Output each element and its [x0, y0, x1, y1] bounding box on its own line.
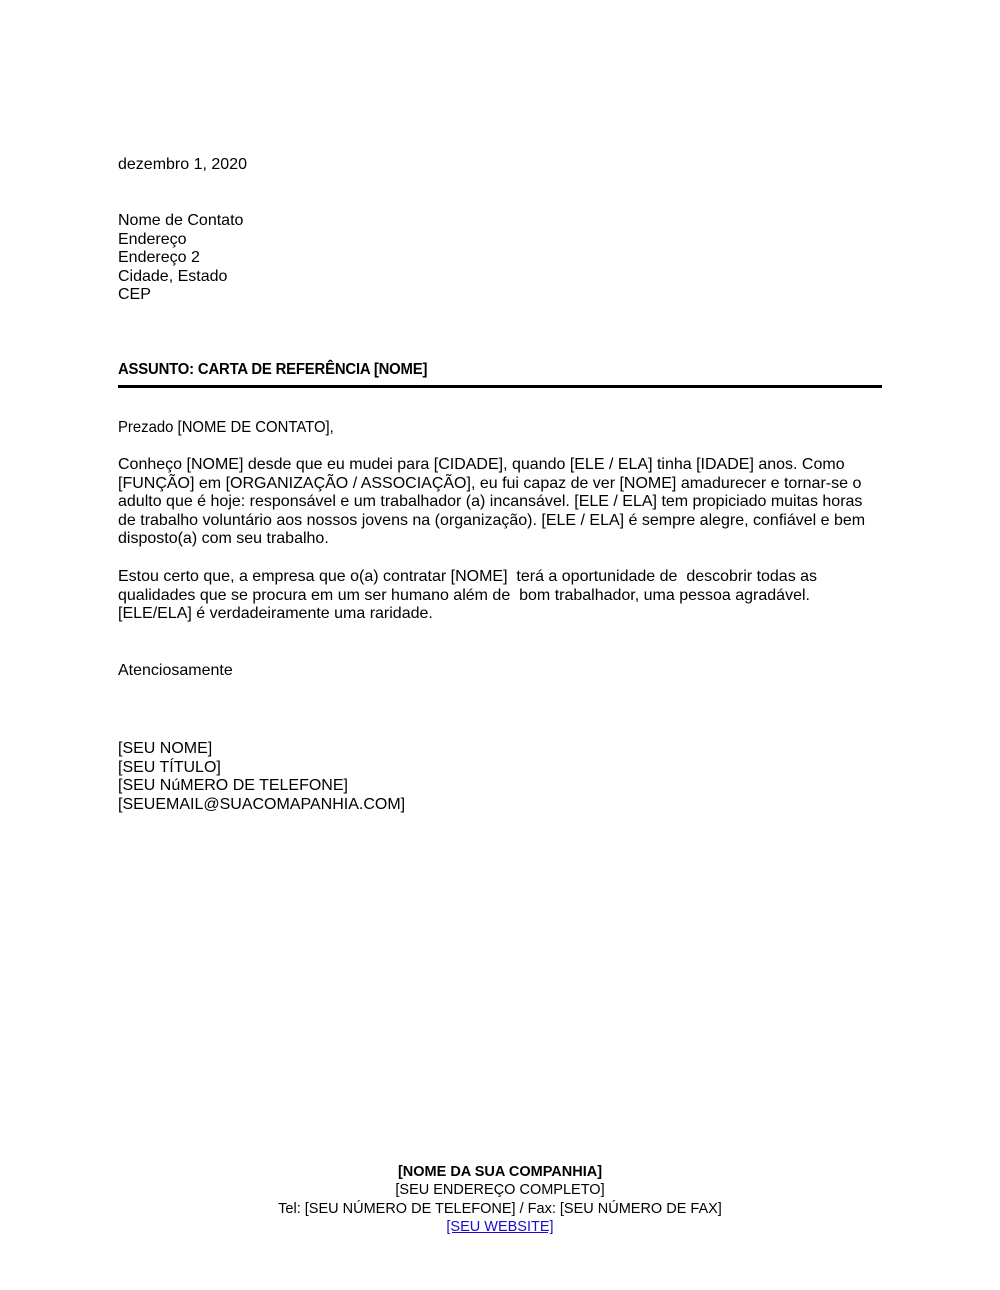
signature-email: [SEUEMAIL@SUACOMAPANHIA.COM] [118, 796, 882, 815]
recipient-name: Nome de Contato [118, 212, 882, 231]
recipient-city-state: Cidade, Estado [118, 268, 882, 287]
paragraph-line: Conheço [NOME] desde que eu mudei para [… [118, 456, 882, 475]
footer-company-name: [NOME DA SUA COMPANHIA] [0, 1163, 1000, 1181]
signature-name: [SEU NOME] [118, 740, 882, 759]
date-text: dezembro 1, 2020 [118, 156, 882, 175]
recipient-address-line-1: Endereço [118, 231, 882, 250]
paragraph-line: Estou certo que, a empresa que o(a) cont… [118, 568, 882, 587]
signature-phone: [SEU NúMERO DE TELEFONE] [118, 777, 882, 796]
recipient-address: Nome de Contato Endereço Endereço 2 Cida… [118, 212, 882, 305]
recipient-zip: CEP [118, 286, 882, 305]
letter-date: dezembro 1, 2020 [118, 156, 882, 175]
subject-line: ASSUNTO: CARTA DE REFERÊNCIA [NOME] [118, 361, 829, 380]
paragraph-line: disposto(a) com seu trabalho. [118, 530, 882, 549]
recipient-address-line-2: Endereço 2 [118, 249, 882, 268]
body-paragraph-1: Conheço [NOME] desde que eu mudei para [… [118, 456, 882, 549]
letter-page: dezembro 1, 2020 Nome de Contato Endereç… [0, 0, 1000, 1290]
closing: Atenciosamente [118, 662, 882, 681]
signature-title: [SEU TÍTULO] [118, 759, 882, 778]
footer-website-link[interactable]: [SEU WEBSITE] [446, 1219, 553, 1235]
paragraph-line: de trabalho voluntário aos nossos jovens… [118, 512, 882, 531]
paragraph-line: adulto que é hoje: responsável e um trab… [118, 493, 882, 512]
footer-contact: Tel: [SEU NÚMERO DE TELEFONE] / Fax: [SE… [0, 1200, 1000, 1218]
signature-block: [SEU NOME] [SEU TÍTULO] [SEU NúMERO DE T… [118, 740, 882, 814]
body-paragraph-2: Estou certo que, a empresa que o(a) cont… [118, 568, 882, 624]
paragraph-line: [ELE/ELA] é verdadeiramente uma raridade… [118, 605, 882, 624]
paragraph-line: qualidades que se procura em um ser huma… [118, 587, 882, 606]
salutation: Prezado [NOME DE CONTATO], [118, 419, 829, 438]
subject-divider [118, 385, 882, 388]
paragraph-line: [FUNÇÃO] em [ORGANIZAÇÃO / ASSOCIAÇÃO], … [118, 475, 882, 494]
footer-address: [SEU ENDEREÇO COMPLETO] [0, 1181, 1000, 1199]
letterhead-footer: [NOME DA SUA COMPANHIA] [SEU ENDEREÇO CO… [0, 1163, 1000, 1237]
